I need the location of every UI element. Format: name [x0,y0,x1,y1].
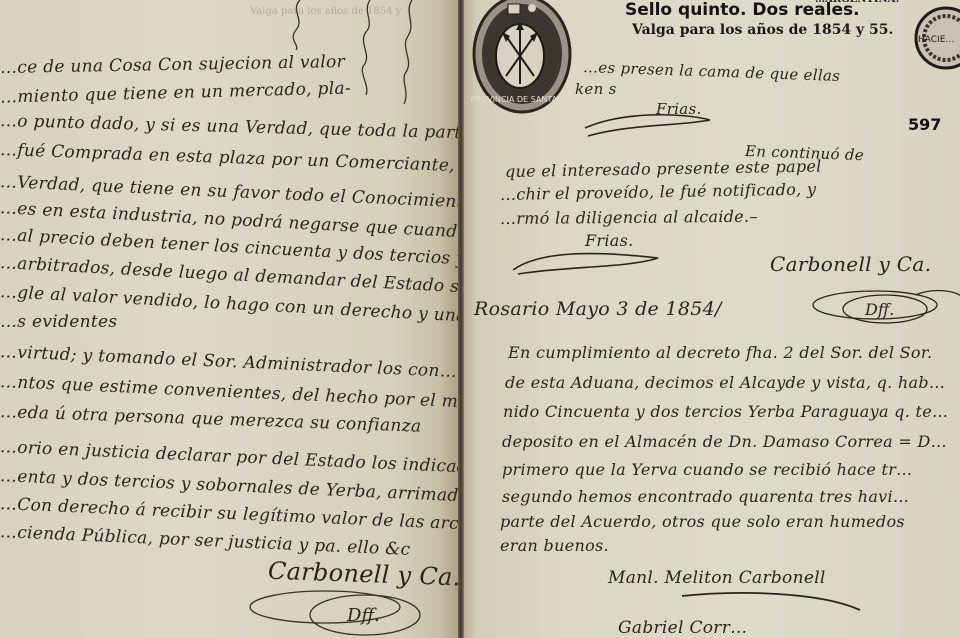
right-rubric-flourish: Dff. [805,283,960,333]
frias-flourish-1 [580,110,720,150]
right-body-line-6: segundo hemos encontrado quarenta tres h… [502,487,909,506]
partial-bottom-line: Gabriel Corr… [618,618,747,638]
svg-text:Dff.: Dff. [864,300,894,319]
right-signature-1: Carbonell y Ca. [770,252,931,276]
left-line-10: …s evidentes [0,312,117,332]
hacienda-seal-icon: HACIE… [908,2,960,76]
book-gutter [458,0,464,638]
right-body-line-2: de esta Aduana, decimos el Alcayde y vis… [505,373,945,392]
right-upper-line-7: …rmó la diligencia al alcaide.– [500,207,758,228]
left-rubric-flourish: Dff. [245,585,455,638]
right-body-line-5: primero que la Yerva cuando se recibió h… [502,460,912,479]
right-body-line-3: nido Cincuenta y dos tercios Yerba Parag… [503,402,948,421]
right-body-line-7: parte del Acuerdo, otros que solo eran h… [500,512,905,531]
stamp-subtitle: Valga para los años de 1854 y 55. [632,22,893,38]
provincial-seal-icon: PROVINCIA DE SANTA-FE [470,0,574,120]
svg-text:HACIE…: HACIE… [918,35,954,45]
left-line-4: …fué Comprada en esta plaza por un Comer… [0,140,462,178]
svg-text:Dff.: Dff. [346,605,380,626]
right-body-line-1: En cumplimiento al decreto fha. 2 del So… [508,343,932,362]
right-signature-2: Manl. Meliton Carbonell [608,568,826,588]
stamp-title: Sello quinto. Dos reales. [625,0,860,20]
right-body-line-4: deposito en el Almacén de Dn. Damaso Cor… [502,432,947,451]
right-body-line-8: eran buenos. [500,536,609,555]
date-line: Rosario Mayo 3 de 1854/ [474,298,722,320]
svg-text:PROVINCIA DE SANTA-FE: PROVINCIA DE SANTA-FE [471,95,570,104]
svg-text:Valga para los años de 1854 y: Valga para los años de 1854 y [249,6,402,17]
folio-number: 597 [908,115,941,134]
left-page: Valga para los años de 1854 y …ce de una… [0,0,462,638]
frias-flourish-2 [508,240,678,280]
right-upper-line-2: ken s [575,80,617,98]
